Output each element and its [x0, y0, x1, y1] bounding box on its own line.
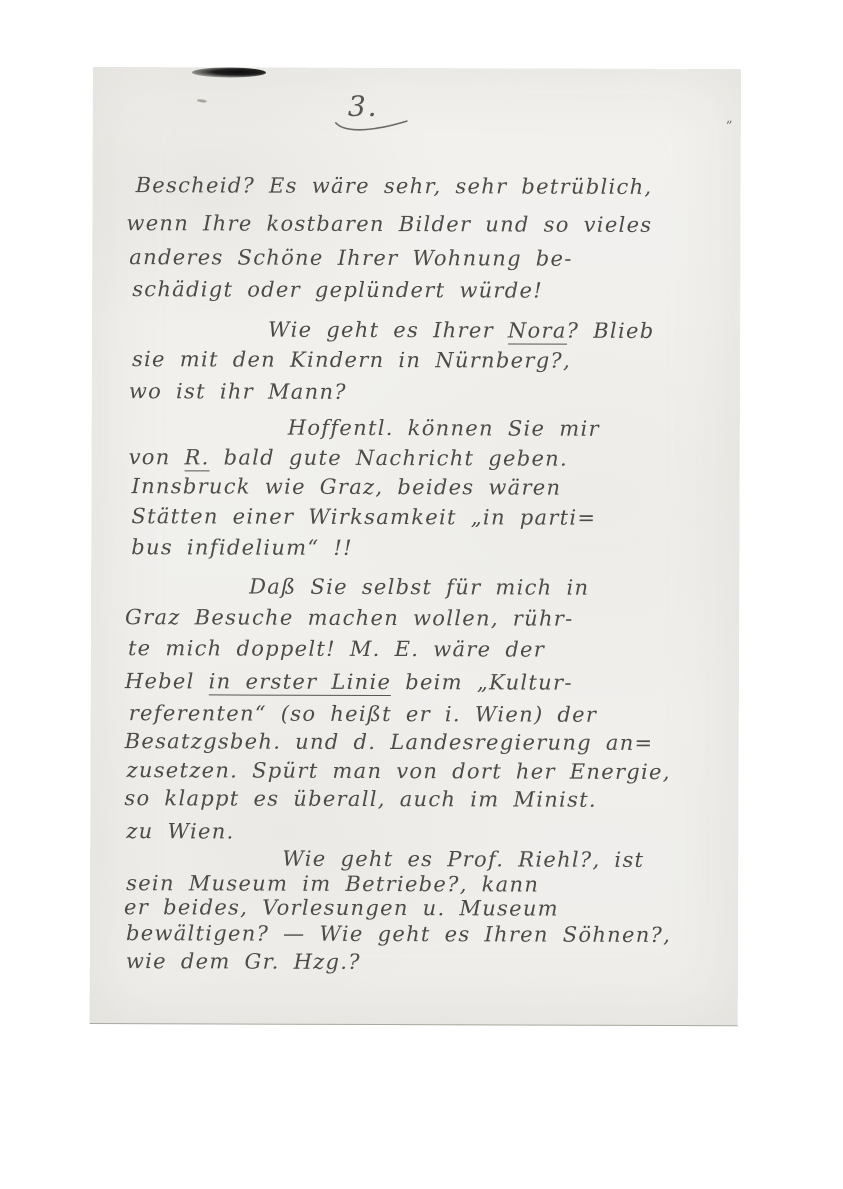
- underlined-text: in erster Linie: [209, 669, 392, 696]
- letter-line: referenten“ (so heißt er i. Wien) der: [129, 703, 598, 726]
- line-text: beim „Kultur-: [391, 670, 573, 695]
- line-text: bus infidelium“ !!: [131, 535, 353, 560]
- letter-line: Besatzgsbeh. und d. Landesregierung an=: [125, 731, 654, 754]
- line-text: von: [129, 445, 185, 469]
- letter-line: zusetzen. Spürt man von dort her Energie…: [127, 760, 671, 783]
- line-text: Daß Sie selbst für mich in: [249, 575, 589, 600]
- line-text: Besatzgsbeh. und d. Landesregierung an=: [125, 729, 654, 755]
- line-text: bewältigen? — Wie geht es Ihren Söhnen?,: [126, 921, 671, 947]
- line-text: sie mit den Kindern in Nürnberg?,: [132, 347, 571, 373]
- letter-line: sie mit den Kindern in Nürnberg?,: [132, 349, 571, 372]
- line-text: zu Wien.: [126, 819, 234, 843]
- line-text: sein Museum im Betriebe?, kann: [126, 871, 539, 896]
- underlined-text: R.: [185, 445, 210, 471]
- line-text: Graz Besuche machen wollen, rühr-: [125, 605, 574, 631]
- letter-line: sein Museum im Betriebe?, kann: [126, 873, 539, 895]
- letter-line: zu Wien.: [126, 821, 234, 842]
- line-text: anderes Schöne Ihrer Wohnung be-: [129, 245, 572, 271]
- letter-line: Hebel in erster Linie beim „Kultur-: [125, 671, 573, 694]
- letter-line: anderes Schöne Ihrer Wohnung be-: [129, 247, 572, 270]
- line-text: schädigt oder geplündert würde!: [132, 277, 543, 302]
- line-text: so klappt es überall, auch im Minist.: [124, 786, 597, 812]
- line-text: wo ist ihr Mann?: [129, 379, 347, 404]
- line-text: ? Blieb: [567, 319, 655, 343]
- letter-line: Wie geht es Ihrer Nora? Blieb: [268, 320, 654, 342]
- letter-line: bewältigen? — Wie geht es Ihren Söhnen?,: [126, 923, 671, 946]
- line-text: zusetzen. Spürt man von dort her Energie…: [127, 758, 671, 784]
- letter-line: Hoffentl. können Sie mir: [288, 418, 600, 440]
- line-text: bald gute Nachricht geben.: [210, 445, 568, 470]
- letter-line: Daß Sie selbst für mich in: [249, 577, 589, 599]
- letter-line: er beides, Vorlesungen u. Museum: [124, 897, 559, 920]
- letter-line: te mich doppelt! M. E. wäre der: [128, 638, 545, 660]
- letter-page: 3. „ Bescheid? Es wäre sehr, sehr betrüb…: [90, 67, 741, 1026]
- letter-line: Bescheid? Es wäre sehr, sehr betrüblich,: [136, 175, 653, 198]
- line-text: Stätten einer Wirksamkeit „in parti=: [131, 504, 596, 530]
- line-text: Bescheid? Es wäre sehr, sehr betrüblich,: [136, 173, 653, 199]
- line-text: referenten“ (so heißt er i. Wien) der: [129, 701, 598, 727]
- line-text: Hebel: [125, 669, 209, 693]
- line-text: Wie geht es Ihrer: [268, 318, 508, 343]
- letter-line: Stätten einer Wirksamkeit „in parti=: [131, 506, 596, 529]
- letter-line: Graz Besuche machen wollen, rühr-: [125, 607, 574, 630]
- letter-line: von R. bald gute Nachricht geben.: [129, 447, 568, 470]
- letter-line: wo ist ihr Mann?: [129, 381, 347, 403]
- letter-body: Bescheid? Es wäre sehr, sehr betrüblich,…: [90, 67, 741, 1025]
- letter-line: Wie geht es Prof. Riehl?, ist: [282, 849, 644, 871]
- line-text: Innsbruck wie Graz, beides wären: [131, 474, 561, 500]
- line-text: Hoffentl. können Sie mir: [288, 416, 600, 441]
- line-text: er beides, Vorlesungen u. Museum: [124, 895, 559, 921]
- underlined-text: Nora: [508, 318, 567, 344]
- letter-line: schädigt oder geplündert würde!: [132, 279, 543, 301]
- line-text: wenn Ihre kostbaren Bilder und so vieles: [126, 211, 652, 237]
- letter-line: wie dem Gr. Hzg.?: [126, 951, 361, 973]
- line-text: Wie geht es Prof. Riehl?, ist: [282, 847, 644, 872]
- letter-line: so klappt es überall, auch im Minist.: [124, 788, 597, 811]
- line-text: wie dem Gr. Hzg.?: [126, 949, 361, 974]
- letter-line: Innsbruck wie Graz, beides wären: [131, 476, 561, 499]
- letter-line: wenn Ihre kostbaren Bilder und so vieles: [126, 213, 652, 236]
- line-text: te mich doppelt! M. E. wäre der: [128, 636, 545, 661]
- letter-line: bus infidelium“ !!: [131, 537, 353, 559]
